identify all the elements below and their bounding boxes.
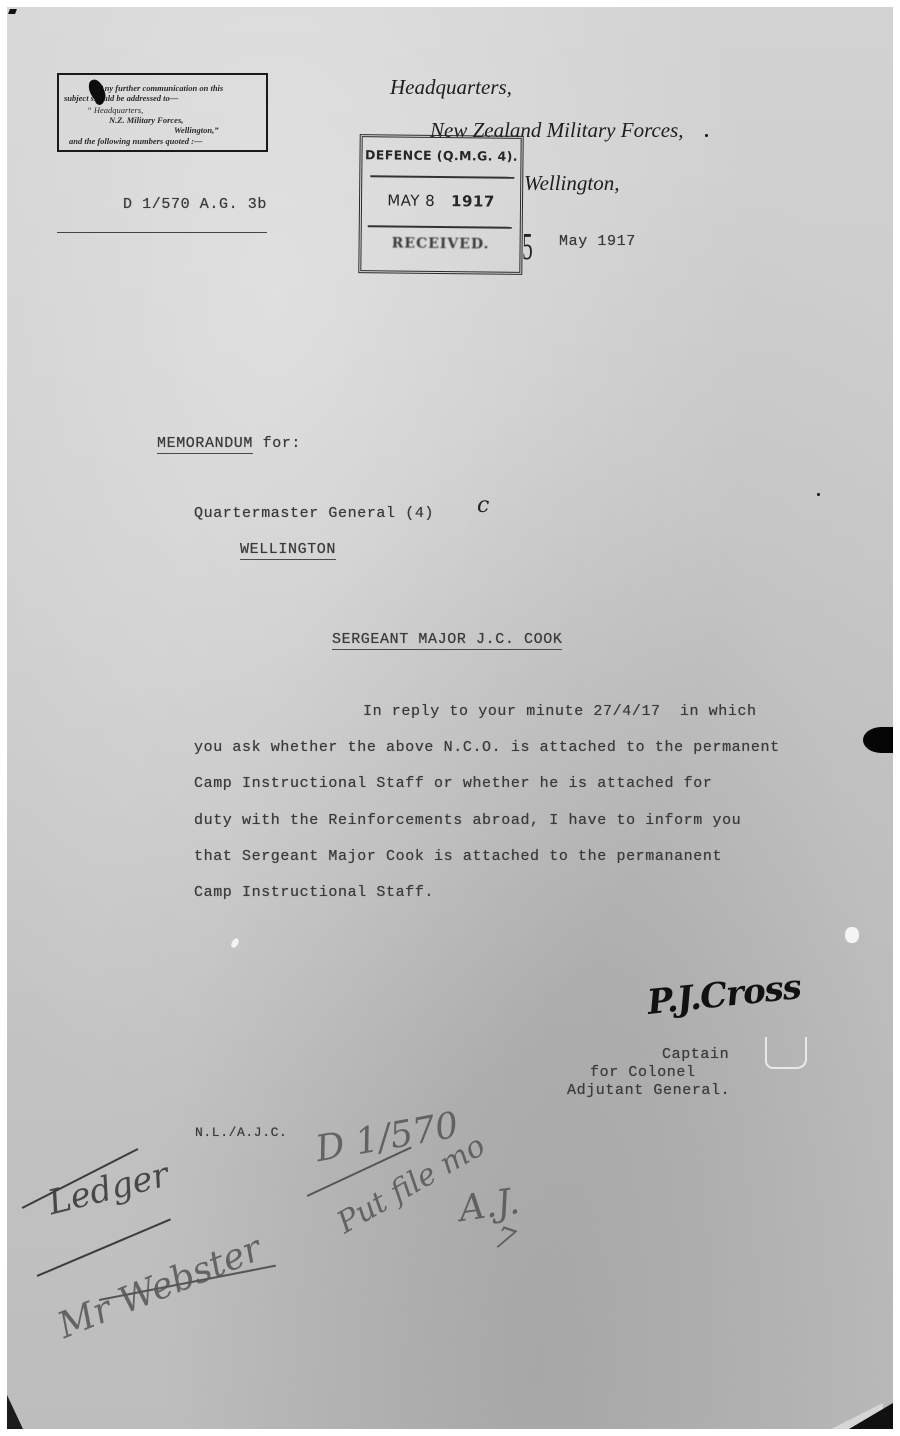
folded-corner-bottom-left: [7, 1395, 23, 1429]
stamp-status: RECEIVED.: [362, 235, 520, 253]
typist-initials: N.L./A.J.C.: [195, 1125, 287, 1140]
handwritten-signature: P.J.Cross: [645, 967, 802, 1023]
handwritten-day-mark: 5: [522, 225, 532, 269]
letterhead-wellington: Wellington,: [524, 171, 619, 196]
stamp-month-day: MAY 8: [387, 191, 435, 210]
address-notice-line: N.Z. Military Forces,: [109, 115, 183, 125]
subject-text: SERGEANT MAJOR J.C. COOK: [332, 631, 562, 650]
address-notice-line: subject should be addressed to—: [64, 93, 178, 103]
body-line-1: In reply to your minute 27/4/17 in which: [363, 703, 757, 720]
date-line: May 1917: [559, 233, 636, 250]
signature-title-for-colonel: for Colonel: [590, 1064, 696, 1081]
paper-damage-spot: [230, 937, 240, 949]
annotation-ledger: Ledger: [44, 1155, 173, 1223]
memorandum-label: MEMORANDUM: [157, 435, 253, 454]
recipient: Quartermaster General (4): [194, 505, 434, 522]
memorandum-for: for:: [253, 435, 301, 452]
speck: [817, 493, 820, 496]
subject-line: SERGEANT MAJOR J.C. COOK: [332, 631, 562, 648]
address-notice-line: “ Headquarters,: [87, 105, 143, 115]
ink-blot: [95, 95, 104, 105]
body-line-6: Camp Instructional Staff.: [194, 884, 434, 901]
address-notice-box: Any further communication on this subjec…: [57, 73, 268, 152]
paper-crease-mark: [765, 1037, 807, 1069]
paper-damage-spot: [845, 927, 859, 943]
received-stamp: DEFENCE (Q.M.G. 4). MAY 8 1917 RECEIVED.: [358, 134, 523, 275]
stamp-office: DEFENCE (Q.M.G. 4).: [362, 147, 520, 164]
recipient-location: WELLINGTON: [240, 541, 336, 558]
file-reference-text: D 1/570 A.G. 3b: [123, 196, 267, 213]
signature-title-adjutant: Adjutant General.: [567, 1082, 730, 1099]
folded-corner-bottom-right: [849, 1403, 893, 1429]
body-line-5: that Sergeant Major Cook is attached to …: [194, 848, 722, 865]
letterhead-headquarters: Headquarters,: [390, 75, 512, 100]
memorandum-heading: MEMORANDUM for:: [157, 435, 301, 452]
signature-title-captain: Captain: [662, 1046, 729, 1063]
address-notice-line: and the following numbers quoted :—: [69, 136, 202, 146]
file-reference: D 1/570 A.G. 3b: [57, 179, 267, 233]
corner-mark: [8, 9, 17, 14]
stamp-divider: [370, 175, 514, 179]
stamp-divider: [368, 225, 512, 229]
recipient-location-text: WELLINGTON: [240, 541, 336, 560]
scanned-memorandum-page: Any further communication on this subjec…: [7, 7, 893, 1429]
stamp-year: 1917: [451, 192, 495, 210]
body-line-3: Camp Instructional Staff or whether he i…: [194, 775, 712, 792]
annotation-initials-mark: 7: [490, 1220, 519, 1259]
address-notice-line: Wellington,”: [174, 125, 218, 135]
stamp-date: MAY 8 1917: [362, 191, 520, 211]
body-line-4: duty with the Reinforcements abroad, I h…: [194, 812, 741, 829]
body-line-2: you ask whether the above N.C.O. is atta…: [194, 739, 780, 756]
punch-hole: [863, 727, 893, 753]
speck: [705, 134, 708, 137]
recipient-mark: c: [477, 493, 489, 518]
address-notice-line: Any further communication on this: [99, 83, 223, 93]
